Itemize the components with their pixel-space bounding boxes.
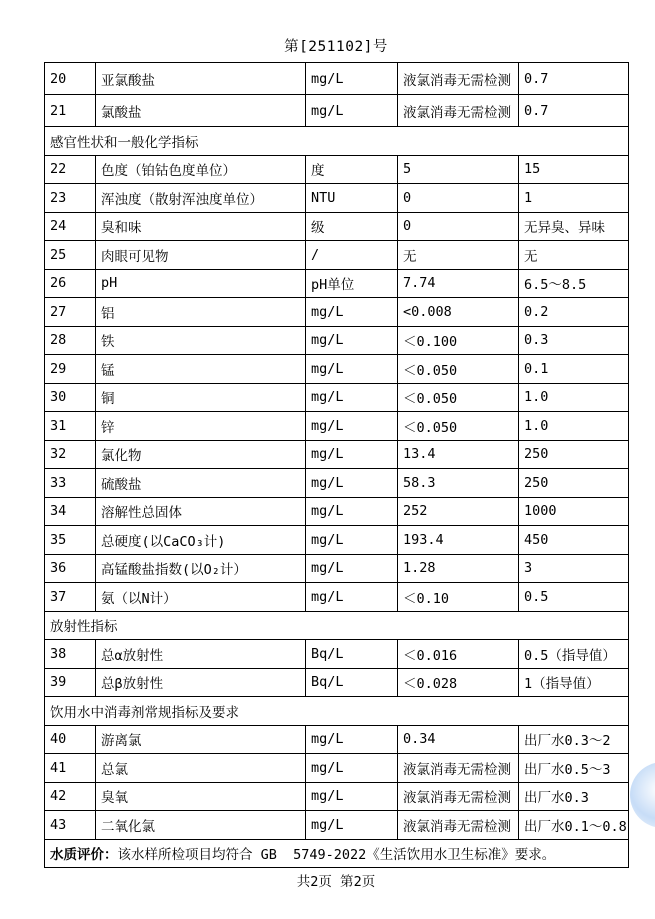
indicator-unit: mg/L (306, 754, 398, 783)
indicator-unit: mg/L (306, 95, 398, 127)
indicator-name: 二氧化氯 (96, 811, 306, 840)
indicator-result: 无 (398, 241, 519, 270)
indicator-result: 1.28 (398, 554, 519, 583)
evaluation-text: 该水样所检项目均符合 GB 5749-2022《生活饮用水卫生标准》要求。 (118, 847, 556, 863)
indicator-limit: 6.5～8.5 (519, 269, 629, 298)
indicator-result: 193.4 (398, 526, 519, 555)
table-row: 22色度（铂钴色度单位）度515 (45, 155, 629, 184)
table-row: 43二氧化氯mg/L液氯消毒无需检测出厂水0.1～0.8 (45, 811, 629, 840)
table-row: 38总α放射性Bq/L＜0.0160.5（指导值） (45, 640, 629, 669)
indicator-limit: 0.1 (519, 355, 629, 384)
table-row: 31锌mg/L＜0.0501.0 (45, 412, 629, 441)
indicator-no: 20 (45, 63, 96, 95)
indicator-unit: 度 (306, 155, 398, 184)
section-header: 放射性指标 (45, 611, 629, 640)
indicator-result: ＜0.050 (398, 412, 519, 441)
table-row: 25肉眼可见物/无无 (45, 241, 629, 270)
indicator-no: 26 (45, 269, 96, 298)
indicator-unit: 级 (306, 212, 398, 241)
indicator-no: 29 (45, 355, 96, 384)
indicator-name: 锰 (96, 355, 306, 384)
indicator-limit: 450 (519, 526, 629, 555)
indicator-limit: 出厂水0.3～2 (519, 725, 629, 754)
indicator-name: 色度（铂钴色度单位） (96, 155, 306, 184)
table-row: 42臭氧mg/L液氯消毒无需检测出厂水0.3 (45, 782, 629, 811)
indicator-limit: 无异臭、异味 (519, 212, 629, 241)
table-row: 21氯酸盐mg/L液氯消毒无需检测0.7 (45, 95, 629, 127)
table-row: 35总硬度(以CaCO₃计)mg/L193.4450 (45, 526, 629, 555)
indicator-name: 总β放射性 (96, 668, 306, 697)
indicator-name: 高锰酸盐指数(以O₂计） (96, 554, 306, 583)
indicator-unit: mg/L (306, 811, 398, 840)
indicator-unit: mg/L (306, 355, 398, 384)
indicator-name: 总氯 (96, 754, 306, 783)
indicator-result: 液氯消毒无需检测 (398, 811, 519, 840)
indicator-no: 25 (45, 241, 96, 270)
table-row: 41总氯mg/L液氯消毒无需检测出厂水0.5～3 (45, 754, 629, 783)
indicator-unit: NTU (306, 184, 398, 213)
table-row: 水质评价：该水样所检项目均符合 GB 5749-2022《生活饮用水卫生标准》要… (45, 839, 629, 868)
indicator-no: 27 (45, 298, 96, 327)
indicator-name: 亚氯酸盐 (96, 63, 306, 95)
indicator-limit: 1 (519, 184, 629, 213)
indicator-unit: mg/L (306, 554, 398, 583)
indicator-limit: 1.0 (519, 383, 629, 412)
indicator-name: 锌 (96, 412, 306, 441)
indicator-result: 液氯消毒无需检测 (398, 754, 519, 783)
indicator-no: 28 (45, 326, 96, 355)
indicator-result: <0.008 (398, 298, 519, 327)
table-row: 30铜mg/L＜0.0501.0 (45, 383, 629, 412)
indicator-limit: 0.2 (519, 298, 629, 327)
footer-total-prefix: 共 (297, 874, 311, 890)
indicator-limit: 出厂水0.5～3 (519, 754, 629, 783)
report-page: 第[251102]号 20亚氯酸盐mg/L液氯消毒无需检测0.721氯酸盐mg/… (0, 0, 655, 919)
indicator-limit: 1000 (519, 497, 629, 526)
indicator-result: 0.34 (398, 725, 519, 754)
indicator-unit: mg/L (306, 326, 398, 355)
indicator-name: 铁 (96, 326, 306, 355)
table-row: 24臭和味级0无异臭、异味 (45, 212, 629, 241)
indicator-name: 总α放射性 (96, 640, 306, 669)
indicator-unit: pH单位 (306, 269, 398, 298)
table-row: 23浑浊度（散射浑浊度单位）NTU01 (45, 184, 629, 213)
report-number: 第[251102]号 (44, 35, 628, 56)
indicator-limit: 0.7 (519, 63, 629, 95)
indicator-unit: mg/L (306, 583, 398, 612)
indicator-unit: mg/L (306, 725, 398, 754)
indicator-result: ＜0.10 (398, 583, 519, 612)
indicator-name: 游离氯 (96, 725, 306, 754)
indicator-limit: 250 (519, 440, 629, 469)
indicator-limit: 出厂水0.3 (519, 782, 629, 811)
indicator-limit: 1（指导值） (519, 668, 629, 697)
footer-suffix: 页 (362, 874, 376, 890)
indicator-limit: 无 (519, 241, 629, 270)
evaluation-label: 水质评价： (50, 847, 118, 863)
table-row: 放射性指标 (45, 611, 629, 640)
indicator-unit: mg/L (306, 298, 398, 327)
indicator-no: 35 (45, 526, 96, 555)
seal-stamp (630, 762, 655, 828)
indicator-name: 溶解性总固体 (96, 497, 306, 526)
indicator-result: ＜0.028 (398, 668, 519, 697)
indicator-unit: / (306, 241, 398, 270)
indicator-no: 39 (45, 668, 96, 697)
indicator-result: 液氯消毒无需检测 (398, 63, 519, 95)
water-quality-evaluation: 水质评价：该水样所检项目均符合 GB 5749-2022《生活饮用水卫生标准》要… (45, 839, 629, 868)
table-row: 34溶解性总固体mg/L2521000 (45, 497, 629, 526)
indicator-result: ＜0.100 (398, 326, 519, 355)
indicator-unit: mg/L (306, 526, 398, 555)
indicator-limit: 3 (519, 554, 629, 583)
indicator-name: 总硬度(以CaCO₃计) (96, 526, 306, 555)
indicator-unit: mg/L (306, 497, 398, 526)
page-footer: 共2页 第2页 (44, 870, 628, 890)
indicator-result: 58.3 (398, 469, 519, 498)
footer-mid: 页 第 (318, 874, 353, 890)
indicator-limit: 1.0 (519, 412, 629, 441)
indicator-no: 37 (45, 583, 96, 612)
indicator-limit: 出厂水0.1～0.8 (519, 811, 629, 840)
indicator-no: 21 (45, 95, 96, 127)
indicator-no: 34 (45, 497, 96, 526)
indicator-result: 252 (398, 497, 519, 526)
indicator-no: 22 (45, 155, 96, 184)
indicator-no: 40 (45, 725, 96, 754)
indicator-no: 38 (45, 640, 96, 669)
section-header: 饮用水中消毒剂常规指标及要求 (45, 697, 629, 726)
indicator-unit: mg/L (306, 469, 398, 498)
indicator-name: 氯化物 (96, 440, 306, 469)
water-quality-table: 20亚氯酸盐mg/L液氯消毒无需检测0.721氯酸盐mg/L液氯消毒无需检测0.… (44, 62, 629, 868)
indicator-limit: 0.5（指导值） (519, 640, 629, 669)
indicator-unit: mg/L (306, 383, 398, 412)
indicator-limit: 0.3 (519, 326, 629, 355)
indicator-no: 43 (45, 811, 96, 840)
indicator-result: ＜0.016 (398, 640, 519, 669)
indicator-no: 30 (45, 383, 96, 412)
indicator-limit: 250 (519, 469, 629, 498)
table-row: 32氯化物mg/L13.4250 (45, 440, 629, 469)
indicator-result: 液氯消毒无需检测 (398, 782, 519, 811)
indicator-result: ＜0.050 (398, 383, 519, 412)
indicator-no: 24 (45, 212, 96, 241)
indicator-unit: mg/L (306, 63, 398, 95)
table-row: 27铝mg/L<0.0080.2 (45, 298, 629, 327)
indicator-result: ＜0.050 (398, 355, 519, 384)
table-row: 33硫酸盐mg/L58.3250 (45, 469, 629, 498)
table-row: 28铁mg/L＜0.1000.3 (45, 326, 629, 355)
indicator-result: 13.4 (398, 440, 519, 469)
indicator-name: 氨（以N计） (96, 583, 306, 612)
indicator-limit: 15 (519, 155, 629, 184)
indicator-no: 42 (45, 782, 96, 811)
indicator-name: 臭和味 (96, 212, 306, 241)
indicator-name: 铝 (96, 298, 306, 327)
table-row: 36高锰酸盐指数(以O₂计）mg/L1.283 (45, 554, 629, 583)
indicator-name: 臭氧 (96, 782, 306, 811)
indicator-name: 硫酸盐 (96, 469, 306, 498)
indicator-no: 31 (45, 412, 96, 441)
indicator-result: 5 (398, 155, 519, 184)
section-header: 感官性状和一般化学指标 (45, 127, 629, 156)
indicator-name: 浑浊度（散射浑浊度单位） (96, 184, 306, 213)
indicator-unit: mg/L (306, 440, 398, 469)
table-row: 37氨（以N计）mg/L＜0.100.5 (45, 583, 629, 612)
indicator-no: 33 (45, 469, 96, 498)
indicator-name: pH (96, 269, 306, 298)
indicator-limit: 0.7 (519, 95, 629, 127)
indicator-name: 铜 (96, 383, 306, 412)
indicator-name: 肉眼可见物 (96, 241, 306, 270)
indicator-unit: Bq/L (306, 640, 398, 669)
indicator-unit: mg/L (306, 412, 398, 441)
indicator-no: 36 (45, 554, 96, 583)
table-row: 39总β放射性Bq/L＜0.0281（指导值） (45, 668, 629, 697)
indicator-no: 41 (45, 754, 96, 783)
indicator-name: 氯酸盐 (96, 95, 306, 127)
indicator-limit: 0.5 (519, 583, 629, 612)
table-row: 感官性状和一般化学指标 (45, 127, 629, 156)
table-row: 饮用水中消毒剂常规指标及要求 (45, 697, 629, 726)
indicator-no: 32 (45, 440, 96, 469)
table-row: 29锰mg/L＜0.0500.1 (45, 355, 629, 384)
table-row: 26pHpH单位7.746.5～8.5 (45, 269, 629, 298)
indicator-no: 23 (45, 184, 96, 213)
table-row: 40游离氯mg/L0.34出厂水0.3～2 (45, 725, 629, 754)
table-row: 20亚氯酸盐mg/L液氯消毒无需检测0.7 (45, 63, 629, 95)
footer-current-page: 2 (354, 874, 362, 890)
indicator-result: 0 (398, 212, 519, 241)
indicator-result: 液氯消毒无需检测 (398, 95, 519, 127)
indicator-unit: mg/L (306, 782, 398, 811)
indicator-result: 7.74 (398, 269, 519, 298)
indicator-result: 0 (398, 184, 519, 213)
indicator-unit: Bq/L (306, 668, 398, 697)
